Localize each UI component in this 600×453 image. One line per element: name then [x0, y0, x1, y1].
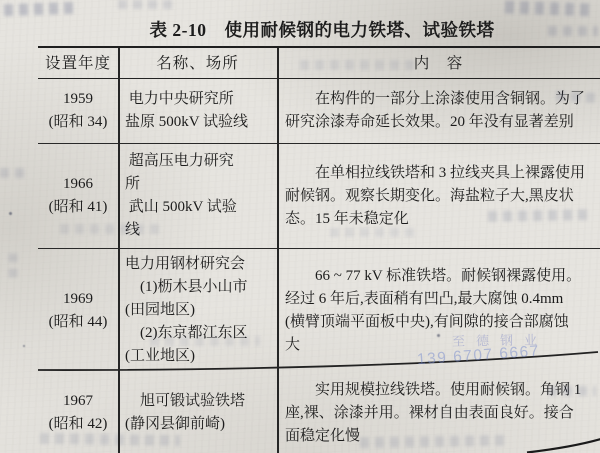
name-cell: 电力中央研究所 盐原 500kV 试验线	[118, 79, 277, 143]
table-title: 表 2-10 使用耐候钢的电力铁塔、试验铁塔	[22, 17, 600, 42]
year-cell: 1969 (昭和 44)	[38, 249, 118, 372]
year-cell: 1966 (昭和 41)	[38, 144, 118, 248]
year-cell: 1967 (昭和 42)	[38, 372, 118, 453]
table-row-1966: 1966 (昭和 41) 超高压电力研究 所 武山 500kV 试验 线 在单相…	[38, 144, 600, 249]
header-cell-content: 内 容	[277, 48, 600, 78]
header-cell-year: 设置年度	[38, 48, 118, 78]
content-cell: 在构件的一部分上涂漆使用含铜钢。为了 研究涂漆寿命延长效果。20 年没有显著差别	[277, 79, 600, 143]
bleed-smudge	[9, 254, 18, 280]
name-cell: 电力用钢材研究会 (1)枥木县小山市 (田园地区) (2)东京都江东区 (工业地…	[118, 249, 277, 372]
year-cell: 1959 (昭和 34)	[38, 79, 118, 143]
bleed-smudge	[0, 168, 30, 178]
ink-speck	[23, 345, 25, 347]
data-table: 设置年度 名称、场所 内 容 1959 (昭和 34) 电力中央研究所 盐原 5…	[38, 46, 600, 453]
ink-speck	[437, 334, 440, 337]
table-header-row: 设置年度 名称、场所 内 容	[38, 48, 600, 79]
table-row-1967: 1967 (昭和 42) 旭可锻试验铁塔 (静冈县御前崎) 实用规模拉线铁塔。使…	[38, 372, 600, 453]
header-cell-name: 名称、场所	[118, 48, 277, 78]
bleed-smudge	[505, 0, 595, 16]
bleed-smudge	[4, 2, 76, 17]
content-cell: 实用规模拉线铁塔。使用耐候钢。角钢 1 座,裸、涂漆并用。裸材自由表面良好。接合…	[277, 372, 600, 453]
column-divider-1	[118, 48, 120, 453]
name-cell: 旭可锻试验铁塔 (静冈县御前崎)	[118, 372, 277, 453]
scanned-page: 表 2-10 使用耐候钢的电力铁塔、试验铁塔 设置年度 名称、场所 内 容 19…	[0, 0, 600, 453]
name-cell: 超高压电力研究 所 武山 500kV 试验 线	[118, 144, 277, 248]
table-row-1959: 1959 (昭和 34) 电力中央研究所 盐原 500kV 试验线 在构件的一部…	[38, 79, 600, 144]
ink-speck	[9, 212, 12, 215]
content-cell: 在单相拉线铁塔和 3 拉线夹具上裸露使用 耐候钢。观察长期变化。海盐粒子大,黑皮…	[277, 144, 600, 248]
bleed-smudge	[118, 0, 178, 9]
column-divider-2	[277, 48, 279, 453]
